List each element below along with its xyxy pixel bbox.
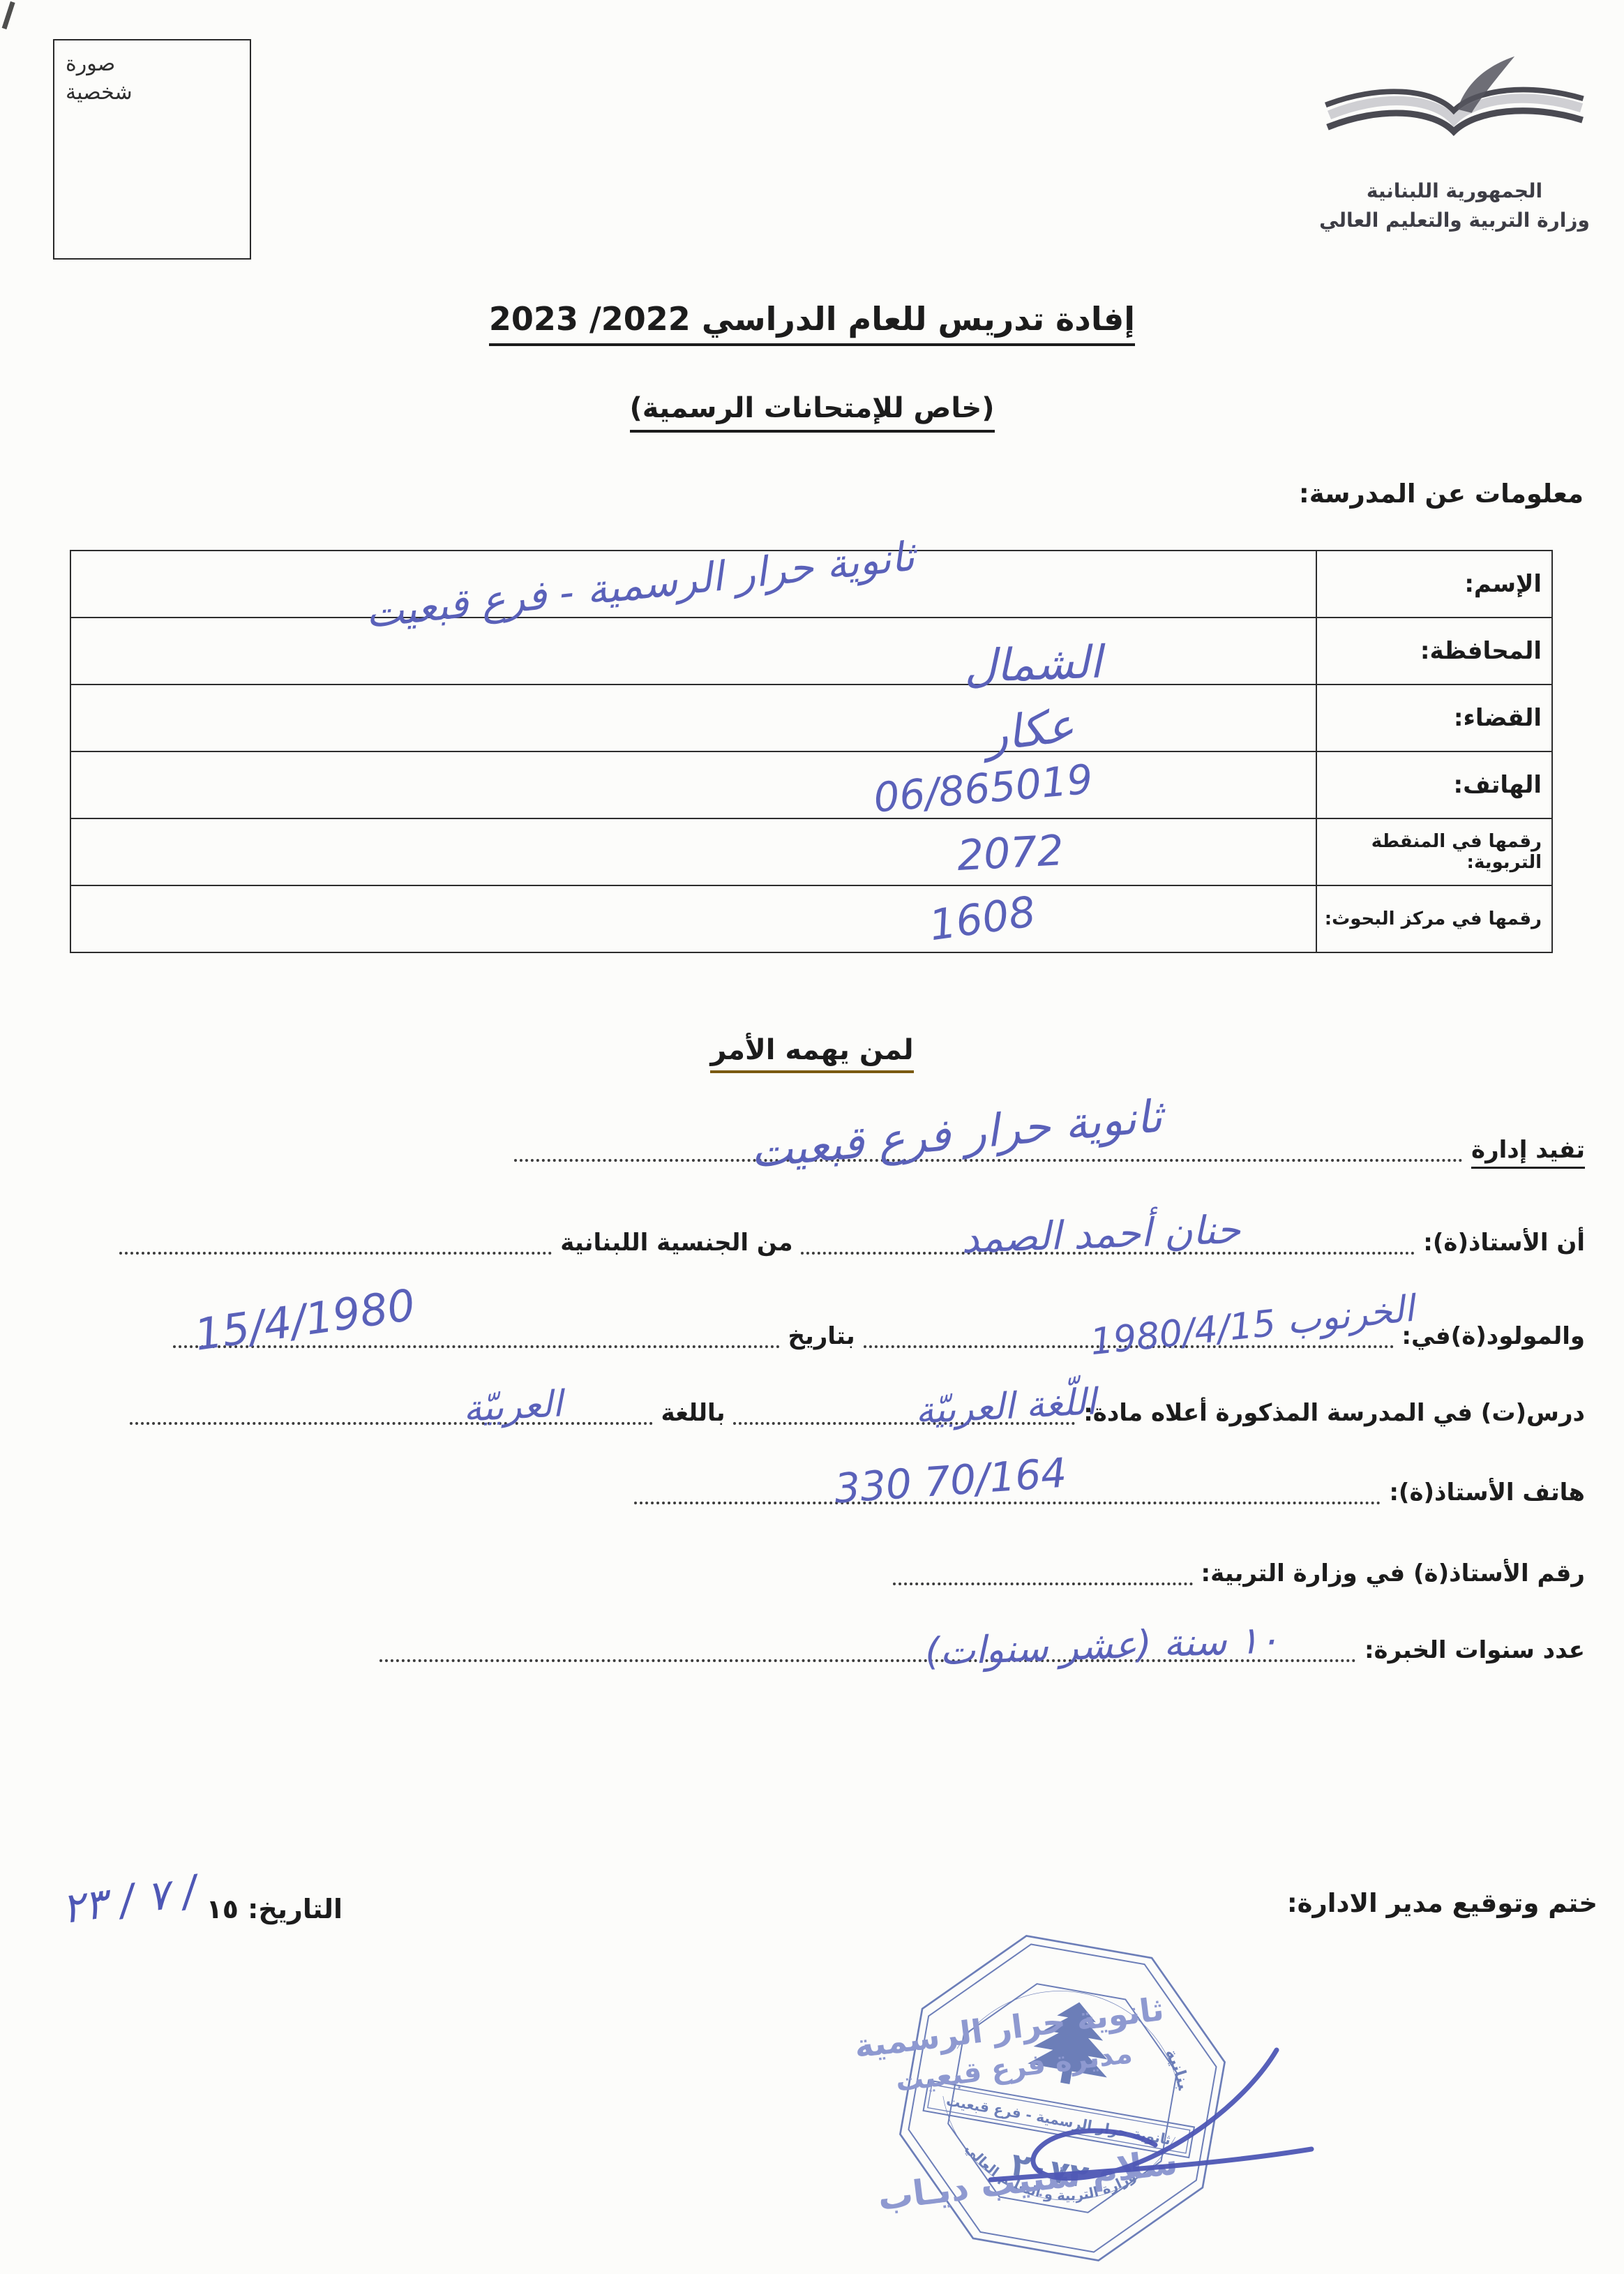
field-value-phone: 06/865019 [70, 751, 1316, 818]
handwritten-phone: 06/865019 [872, 755, 1095, 821]
handwritten-subject: اللّغة العربيّة [915, 1381, 1097, 1432]
school-info-heading: معلومات عن المدرسة: [1299, 479, 1584, 509]
label-born-in: والمولود(ة)في: [1401, 1322, 1585, 1350]
field-label-name: الإسم: [1316, 551, 1552, 618]
field-label-phone: الهاتف: [1316, 751, 1552, 818]
table-row-zone-number: رقمها في المنقطة التربوية: 2072 [70, 818, 1552, 885]
handwritten-administration: ثانوية حرار فرع قبعيت [749, 1091, 1164, 1178]
field-label-zone-number: رقمها في المنقطة التربوية: [1316, 818, 1552, 885]
letter-line-subject: درس(ت) في المدرسة المذكورة أعلاه مادة: ا… [39, 1397, 1585, 1427]
dotted-field-administration: ثانوية حرار فرع قبعيت [514, 1134, 1463, 1162]
label-taught-subject: درس(ت) في المدرسة المذكورة أعلاه مادة: [1083, 1399, 1585, 1427]
letter-line-administration: تفيد إدارة ثانوية حرار فرع قبعيت [39, 1134, 1585, 1169]
photo-label-line1: صورة [66, 50, 239, 79]
label-teacher-name: أن الأستاذ(ة): [1423, 1229, 1585, 1257]
handwritten-date: ٢٣ / ٧ / [59, 1867, 200, 1933]
ministry-logo: الجمهورية اللبنانية وزارة التربية والتعل… [1291, 33, 1618, 235]
label-ministry-number: رقم الأستاذ(ة) في وزارة التربية: [1201, 1559, 1585, 1587]
field-label-governorate: المحافظة: [1316, 618, 1552, 685]
handwritten-district: عكار [982, 698, 1077, 762]
ministry-name-line1: الجمهورية اللبنانية [1291, 177, 1618, 206]
date-label: التاريخ: ١٥ [206, 1894, 343, 1924]
label-experience-years: عدد سنوات الخبرة: [1364, 1636, 1585, 1664]
handwritten-birthdate: 15/4/1980 [191, 1279, 418, 1361]
director-signature [949, 2030, 1339, 2226]
letter-line-ministry-number: رقم الأستاذ(ة) في وزارة التربية: [39, 1557, 1585, 1587]
document-title: إفادة تدريس للعام الدراسي 2022/ 2023 [0, 300, 1624, 338]
letter-line-birth: والمولود(ة)في: الخرنوب 1980/4/15 بتاريخ … [39, 1320, 1585, 1350]
table-row-governorate: المحافظة: الشمال [70, 618, 1552, 685]
dotted-field-ministry-number [893, 1557, 1193, 1585]
table-row-research-number: رقمها في مركز البحوث: 1608 [70, 885, 1552, 952]
ministry-name-line2: وزارة التربية والتعليم العالي [1291, 206, 1618, 235]
scan-artifact [2, 1, 33, 35]
letter-heading: لمن يهمه الأمر [0, 1034, 1624, 1066]
photo-placeholder-box: صورة شخصية [53, 39, 251, 260]
handwritten-teacher-name: حنان أحمد الصمد [961, 1207, 1241, 1262]
school-info-table: الإسم: ثانوية حرار الرسمية - فرع قبعيت ا… [70, 550, 1553, 953]
dotted-field-nationality-trailer [119, 1227, 552, 1255]
handwritten-zone-number: 2072 [956, 826, 1065, 881]
handwritten-experience: ١٠ سنة (عشر سنوات) [925, 1617, 1280, 1674]
dotted-field-teacher-phone: 70/164 330 [634, 1476, 1381, 1504]
field-label-district: القضاء: [1316, 685, 1552, 751]
dotted-field-experience: ١٠ سنة (عشر سنوات) [379, 1634, 1356, 1662]
stamp-signature-label: ختم وتوقيع مدير الادارة: [1287, 1888, 1597, 1918]
handwritten-language: العربيّة [462, 1383, 563, 1430]
photo-label-line2: شخصية [66, 79, 239, 107]
letter-line-teacher-phone: هاتف الأستاذ(ة): 70/164 330 [39, 1476, 1585, 1506]
label-on-date: بتاريخ [788, 1322, 855, 1350]
label-in-language: باللغة [661, 1399, 725, 1427]
document-subtitle: (خاص للإمتحانات الرسمية) [0, 392, 1624, 424]
date-line: التاريخ: ١٥ ٢٣ / ٧ / [54, 1876, 343, 1924]
dotted-field-teacher-name: حنان أحمد الصمد [801, 1227, 1415, 1255]
scanned-document-page: صورة شخصية الجمهورية اللبنانية وزارة الت… [0, 0, 1624, 2274]
letter-line-teacher-name: أن الأستاذ(ة): حنان أحمد الصمد من الجنسي… [39, 1227, 1585, 1257]
label-administration: تفيد إدارة [1471, 1136, 1585, 1169]
field-value-district: عكار [70, 685, 1316, 751]
dotted-field-birthplace: الخرنوب 1980/4/15 [864, 1320, 1394, 1348]
table-row-name: الإسم: ثانوية حرار الرسمية - فرع قبعيت [70, 551, 1552, 618]
dotted-field-subject: اللّغة العربيّة [733, 1397, 1075, 1425]
dotted-field-language: العربيّة [130, 1397, 653, 1425]
dotted-field-birthdate: 15/4/1980 [173, 1320, 780, 1348]
table-row-phone: الهاتف: 06/865019 [70, 751, 1552, 818]
label-nationality: من الجنسية اللبنانية [560, 1229, 792, 1257]
field-label-research-number: رقمها في مركز البحوث: [1316, 885, 1552, 952]
handwritten-teacher-phone: 70/164 330 [833, 1449, 1068, 1512]
open-book-logo-icon [1315, 33, 1594, 177]
field-value-zone-number: 2072 [70, 818, 1316, 885]
handwritten-governorate: الشمال [963, 637, 1103, 694]
handwritten-research-number: 1608 [926, 888, 1039, 951]
table-row-district: القضاء: عكار [70, 685, 1552, 751]
field-value-governorate: الشمال [70, 618, 1316, 685]
field-value-name: ثانوية حرار الرسمية - فرع قبعيت [70, 551, 1316, 618]
label-teacher-phone: هاتف الأستاذ(ة): [1389, 1479, 1585, 1506]
handwritten-birthplace-date: الخرنوب 1980/4/15 [1088, 1288, 1416, 1363]
field-value-research-number: 1608 [70, 885, 1316, 952]
letter-line-experience: عدد سنوات الخبرة: ١٠ سنة (عشر سنوات) [39, 1634, 1585, 1664]
